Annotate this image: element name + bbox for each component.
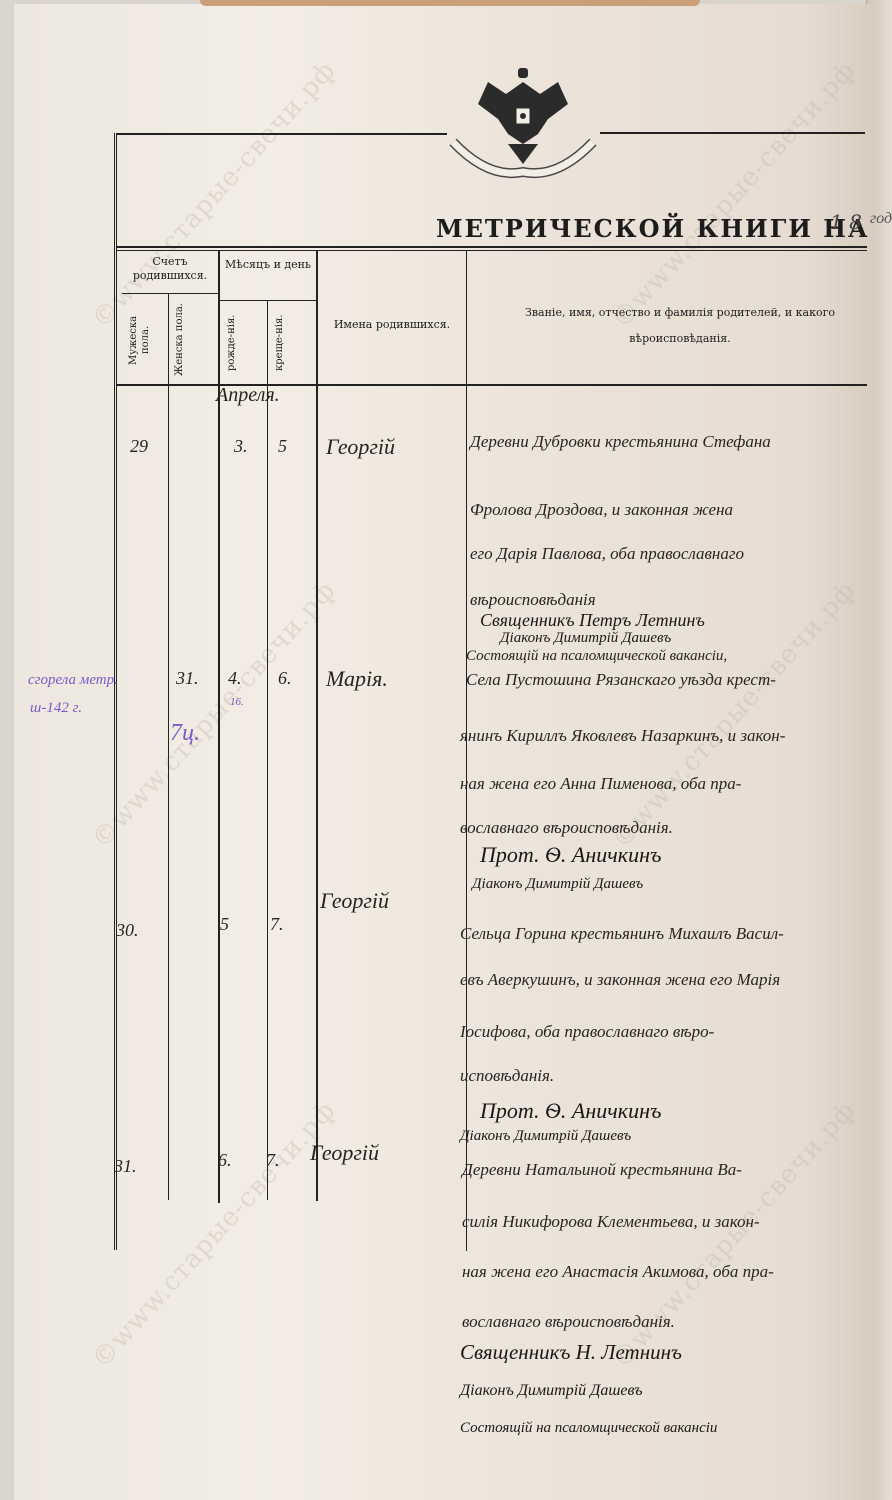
entry-2-parents-line: вославнаго вѣроисповѣданія. [460, 818, 673, 838]
entry-4-parents-line: силія Никифорова Клементьева, и закон- [462, 1212, 760, 1232]
entry-2-female-no: 31. [176, 668, 199, 689]
entry-1-parents-line: его Дарія Павлова, оба православнаго [470, 544, 744, 564]
entry-4-birth-day: 6. [218, 1150, 232, 1171]
header-month-day: Мѣсяцъ и день [220, 258, 316, 272]
header-rule [117, 246, 867, 248]
top-rule [117, 133, 447, 135]
page-title: МЕТРИЧЕСКОЙ КНИГИ НА [436, 214, 870, 243]
entry-1-male-no: 29 [130, 436, 148, 457]
entry-2-parents-line: ная жена его Анна Пименова, оба пра- [460, 774, 741, 794]
entry-3-parents-line: Іосифова, оба православнаго вѣро- [460, 1022, 714, 1042]
header-female: Женска пола. [174, 300, 210, 380]
right-page-fragment: годъ [870, 210, 892, 228]
header-baptism: креще-нія. [274, 306, 308, 380]
entry-2-birth-day: 4. [228, 668, 242, 689]
entry-1-parents-line: Деревни Дубровки крестьянина Стефана [470, 432, 771, 452]
header-names: Имена родившихся. [318, 318, 466, 332]
entry-4-name: Георгій [310, 1140, 379, 1166]
entry-1-signature: Священникъ Петръ Летнинъ [480, 610, 705, 631]
entry-3-signature: Прот. Ѳ. Аничкинъ [480, 1098, 661, 1124]
entry-4-parents-line: Деревни Натальиной крестьянина Ва- [462, 1160, 742, 1180]
entry-2-signature: Діаконъ Димитрій Дашевъ [472, 876, 643, 893]
entry-2-parents-line: Состоящій на псаломщической вакансіи, [466, 648, 727, 665]
entry-1-signature: Діаконъ Димитрій Дашевъ [500, 630, 671, 647]
entry-3-signature: Діаконъ Димитрій Дашевъ [460, 1128, 631, 1145]
header-sub-rule [122, 293, 218, 294]
column-divider [168, 294, 169, 1200]
column-divider [466, 251, 467, 1251]
entry-2-baptism-day: 6. [278, 668, 292, 689]
entry-2-name: Марія. [326, 666, 388, 692]
entry-3-parents-line: исповѣданія. [460, 1066, 554, 1086]
entry-1-birth-day: 3. [234, 436, 248, 457]
entry-4-signature: Состоящій на псаломщической вакансіи [460, 1420, 717, 1437]
entry-4-signature: Священникъ Н. Летнинъ [460, 1340, 682, 1365]
header-birth: рожде-нія. [226, 306, 260, 380]
year-handwritten: 1 8 [830, 210, 862, 234]
entry-1-parents-line: вѣроисповѣданія [470, 590, 596, 610]
month-label: Апреля. [216, 384, 280, 407]
header-male: Мужеска пола. [128, 300, 164, 380]
entry-3-parents-line: евъ Аверкушинъ, и законная жена его Марі… [460, 970, 780, 990]
entry-2-signature: Прот. Ѳ. Аничкинъ [480, 842, 661, 868]
entry-3-name: Георгій [320, 888, 389, 914]
header-rule [117, 250, 867, 251]
entry-1-baptism-day: 5 [278, 436, 287, 457]
column-divider [267, 300, 268, 1200]
entry-4-signature: Діаконъ Димитрій Дашевъ [460, 1382, 643, 1400]
entry-4-male-no: 31. [114, 1156, 137, 1177]
top-rule [600, 132, 865, 134]
margin-note: 7ц. [170, 720, 200, 747]
binding-strip [200, 0, 700, 6]
entry-1-parents-line: Фролова Дроздова, и законная жена [470, 500, 733, 520]
entry-3-baptism-day: 7. [270, 914, 284, 935]
entry-3-male-no: 30. [116, 920, 139, 941]
column-divider [316, 251, 318, 1201]
entry-3-birth-day: 5 [220, 914, 229, 935]
entry-3-parents-line: Сельца Горина крестьянинъ Михаилъ Васил- [460, 924, 784, 944]
margin-note: сгорела метр. [28, 672, 118, 689]
margin-note: ш-142 г. [30, 700, 82, 717]
header-sub-rule [220, 300, 316, 301]
entry-2-parents-line: янинъ Кириллъ Яковлевъ Назаркинъ, и зако… [460, 726, 785, 746]
header-parents: Званіе, имя, отчество и фамилія родителе… [490, 300, 870, 352]
entry-4-parents-line: вославнаго вѣроисповѣданія. [462, 1312, 675, 1332]
entry-4-baptism-day: 7. [266, 1150, 280, 1171]
entry-4-parents-line: ная жена его Анастасія Акимова, оба пра- [462, 1262, 774, 1282]
header-count-group: Счетъ родившихся. [122, 255, 218, 283]
entry-2-birth-day-note: 16. [230, 696, 244, 708]
entry-2-parents-line: Села Пустошина Рязанскаго уѣзда крест- [466, 670, 776, 690]
entry-1-name: Георгій [326, 434, 395, 460]
